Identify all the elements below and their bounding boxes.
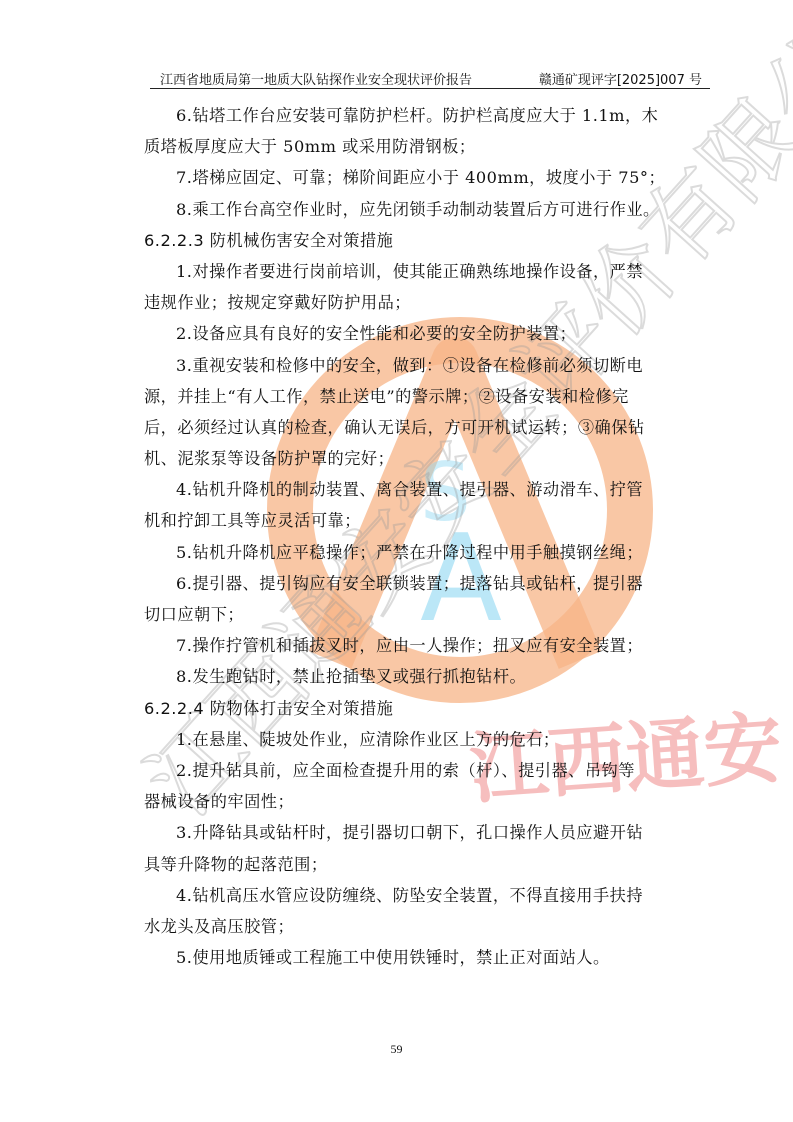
- paragraph-line: 2.设备应具有良好的安全性能和必要的安全防护装置；: [144, 318, 716, 349]
- paragraph-line: 3.升降钻具或钻杆时，提引器切口朝下，孔口操作人员应避开钻: [144, 817, 716, 848]
- page-header: 江西省地质局第一地质大队钻探作业安全现状评价报告 赣通矿现评字[2025]007…: [150, 66, 710, 89]
- paragraph-line: 8.乘工作台高空作业时，应先闭锁手动制动装置后方可进行作业。: [144, 194, 716, 225]
- paragraph-line: 切口应朝下；: [144, 599, 716, 630]
- paragraph-line: 8.发生跑钻时，禁止抢插垫叉或强行抓抱钻杆。: [144, 661, 716, 692]
- paragraph-line: 7.塔梯应固定、可靠；梯阶间距应小于 400mm，坡度小于 75°；: [144, 162, 716, 193]
- paragraph-line: 器械设备的牢固性；: [144, 786, 716, 817]
- paragraph-line: 违规作业；按规定穿戴好防护用品；: [144, 287, 716, 318]
- paragraph-line: 7.操作拧管机和插拔叉时，应由一人操作；扭叉应有安全装置；: [144, 630, 716, 661]
- paragraph-line: 2.提升钻具前，应全面检查提升用的索（杆）、提引器、吊钩等: [144, 755, 716, 786]
- paragraph-line: 具等升降物的起落范围；: [144, 849, 716, 880]
- document-body: 6.钻塔工作台应安装可靠防护栏杆。防护栏高度应大于 1.1m，木质塔板厚度应大于…: [144, 100, 716, 973]
- section-heading: 6.2.2.4 防物体打击安全对策措施: [144, 693, 716, 724]
- paragraph-line: 机和拧卸工具等应灵活可靠；: [144, 505, 716, 536]
- paragraph-line: 3.重视安装和检修中的安全，做到：①设备在检修前必须切断电: [144, 350, 716, 381]
- section-heading: 6.2.2.3 防机械伤害安全对策措施: [144, 225, 716, 256]
- paragraph-line: 机、泥浆泵等设备防护罩的完好；: [144, 443, 716, 474]
- paragraph-line: 1.在悬崖、陡坡处作业，应清除作业区上方的危石；: [144, 724, 716, 755]
- paragraph-line: 源，并挂上“有人工作，禁止送电”的警示牌；②设备安装和检修完: [144, 381, 716, 412]
- paragraph-line: 6.钻塔工作台应安装可靠防护栏杆。防护栏高度应大于 1.1m，木: [144, 100, 716, 131]
- paragraph-line: 水龙头及高压胶管；: [144, 911, 716, 942]
- paragraph-line: 4.钻机升降机的制动装置、离合装置、提引器、游动滑车、拧管: [144, 474, 716, 505]
- paragraph-line: 5.使用地质锤或工程施工中使用铁锤时，禁止正对面站人。: [144, 942, 716, 973]
- page-number: 59: [0, 1042, 793, 1057]
- paragraph-line: 后，必须经过认真的检查，确认无误后，方可开机试运转；③确保钻: [144, 412, 716, 443]
- paragraph-line: 质塔板厚度应大于 50mm 或采用防滑钢板；: [144, 131, 716, 162]
- report-title: 江西省地质局第一地质大队钻探作业安全现状评价报告: [160, 69, 472, 88]
- paragraph-line: 4.钻机高压水管应设防缠绕、防坠安全装置，不得直接用手扶持: [144, 880, 716, 911]
- paragraph-line: 6.提引器、提引钩应有安全联锁装置；提落钻具或钻杆，提引器: [144, 568, 716, 599]
- paragraph-line: 5.钻机升降机应平稳操作；严禁在升降过程中用手触摸钢丝绳；: [144, 537, 716, 568]
- paragraph-line: 1.对操作者要进行岗前培训，使其能正确熟练地操作设备，严禁: [144, 256, 716, 287]
- document-number: 赣通矿现评字[2025]007 号: [539, 69, 702, 88]
